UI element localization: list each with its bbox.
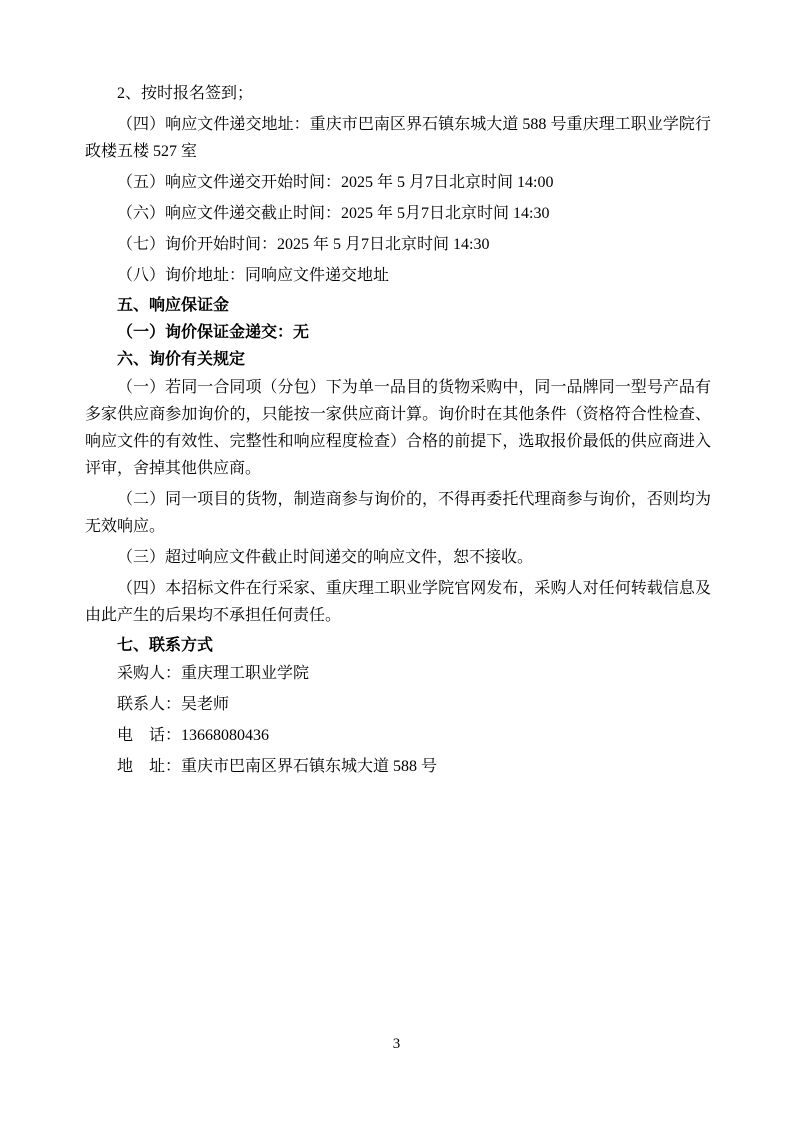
- paragraph: 联系人：吴老师: [85, 691, 711, 718]
- paragraph: （六）响应文件递交截止时间：2025 年 5月7日北京时间 14:30: [85, 200, 711, 227]
- paragraph: （三）超过响应文件截止时间递交的响应文件，恕不接收。: [85, 544, 711, 571]
- paragraph: 地 址：重庆市巴南区界石镇东城大道 588 号: [85, 753, 711, 780]
- document-page: 2、按时报名签到；（四）响应文件递交地址：重庆市巴南区界石镇东城大道 588 号…: [0, 0, 793, 1122]
- section-heading: 六、询价有关规定: [85, 347, 711, 372]
- section-heading: 七、联系方式: [85, 633, 711, 658]
- paragraph: 电 话：13668080436: [85, 722, 711, 749]
- section-heading: 五、响应保证金: [85, 293, 711, 318]
- page-number: 3: [0, 1036, 793, 1053]
- paragraph: （五）响应文件递交开始时间：2025 年 5 月7日北京时间 14:00: [85, 169, 711, 196]
- paragraph: （二）同一项目的货物，制造商参与询价的，不得再委托代理商参与询价，否则均为无效响…: [85, 486, 711, 540]
- paragraph: （四）响应文件递交地址：重庆市巴南区界石镇东城大道 588 号重庆理工职业学院行…: [85, 111, 711, 165]
- paragraph: （一）若同一合同项（分包）下为单一品目的货物采购中，同一品牌同一型号产品有多家供…: [85, 374, 711, 482]
- paragraph: （八）询价地址：同响应文件递交地址: [85, 262, 711, 289]
- paragraph: （七）询价开始时间：2025 年 5 月7日北京时间 14:30: [85, 231, 711, 258]
- paragraph: （四）本招标文件在行采家、重庆理工职业学院官网发布，采购人对任何转载信息及由此产…: [85, 575, 711, 629]
- section-heading: （一）询价保证金递交：无: [85, 320, 711, 345]
- paragraph: 采购人：重庆理工职业学院: [85, 660, 711, 687]
- paragraph: 2、按时报名签到；: [85, 80, 711, 107]
- document-content: 2、按时报名签到；（四）响应文件递交地址：重庆市巴南区界石镇东城大道 588 号…: [85, 80, 711, 784]
